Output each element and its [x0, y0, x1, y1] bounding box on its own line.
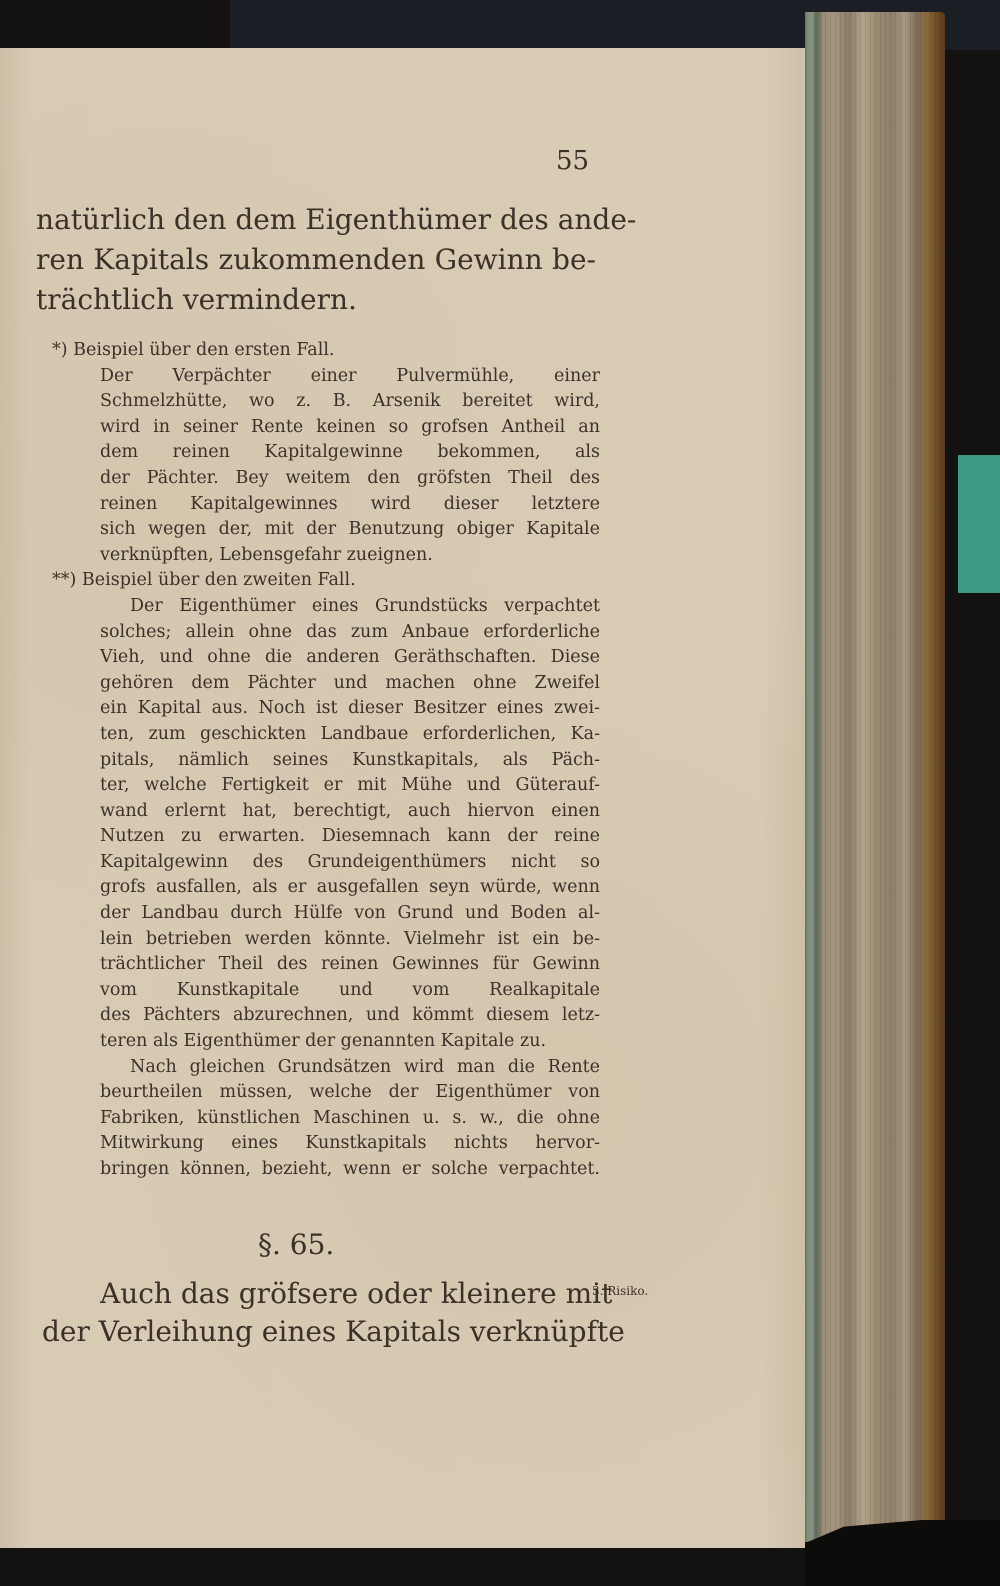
footnote-marker: **) — [52, 570, 76, 590]
text-line: pitals, nämlich seines Kunstkapitals, al… — [52, 748, 600, 774]
text-line: der Pächter. Bey weitem den gröfsten The… — [52, 466, 600, 492]
section-paragraph: Auch das gröfsere oder kleinere mit der … — [42, 1275, 602, 1351]
text-line: Der Verpächter einer Pulvermühle, einer — [52, 364, 600, 390]
text-line: wird in seiner Rente keinen so grofsen A… — [52, 415, 600, 441]
text-line: Fabriken, künstlichen Maschinen u. s. w.… — [52, 1106, 600, 1132]
text-line: der Landbau durch Hülfe von Grund und Bo… — [52, 901, 600, 927]
text-line: bringen können, bezieht, wenn er solche … — [52, 1157, 600, 1183]
text-line: lein betrieben werden könnte. Vielmehr i… — [52, 927, 600, 953]
text-line: Nutzen zu erwarten. Diesemnach kann der … — [52, 824, 600, 850]
text-line: verknüpften, Lebensgefahr zueignen. — [52, 543, 600, 569]
page-number: 55 — [556, 146, 589, 176]
text-line: ein Kapital aus. Noch ist dieser Besitze… — [52, 696, 600, 722]
text-line: teren als Eigenthümer der genannten Kapi… — [52, 1029, 600, 1055]
text-line: Schmelzhütte, wo z. B. Arsenik bereitet … — [52, 389, 600, 415]
text-line: sich wegen der, mit der Benutzung obiger… — [52, 517, 600, 543]
text-line: trächtlicher Theil des reinen Gewinnes f… — [52, 952, 600, 978]
text-line: vom Kunstkapitale und vom Realkapitale — [52, 978, 600, 1004]
text-line: trächtlich vermindern. — [36, 280, 596, 320]
section-number: §. 65. — [258, 1228, 334, 1261]
text-line: der Verleihung eines Kapitals verknüpfte — [42, 1313, 602, 1351]
text-line: ren Kapitals zukommenden Gewinn be- — [36, 240, 596, 280]
text-line: Kapitalgewinn des Grundeigenthümers nich… — [52, 850, 600, 876]
text-line: Auch das gröfsere oder kleinere mit — [42, 1275, 602, 1313]
text-line: beurtheilen müssen, welche der Eigenthüm… — [52, 1080, 600, 1106]
text-line: Vieh, und ohne die anderen Geräthschafte… — [52, 645, 600, 671]
text-line: des Pächters abzurechnen, und kömmt dies… — [52, 1003, 600, 1029]
text-line: Nach gleichen Grundsätzen wird man die R… — [52, 1055, 600, 1081]
book-page-edges — [805, 12, 945, 1542]
text-line: solches; allein ohne das zum Anbaue erfo… — [52, 620, 600, 646]
footnote-title: Beispiel über den ersten Fall. — [73, 340, 334, 360]
footnotes: *) Beispiel über den ersten Fall. Der Ve… — [52, 338, 600, 1183]
footnote-marker: *) — [52, 340, 68, 360]
text-line: reinen Kapitalgewinnes wird dieser letzt… — [52, 492, 600, 518]
text-line: Der Eigenthümer eines Grundstücks verpac… — [52, 594, 600, 620]
text-line: ter, welche Fertigkeit er mit Mühe und G… — [52, 773, 600, 799]
color-tab — [958, 455, 1000, 593]
book-page: 55 natürlich den dem Eigenthümer des and… — [0, 48, 805, 1548]
main-paragraph: natürlich den dem Eigenthümer des ande- … — [36, 200, 596, 320]
footnote-title: Beispiel über den zweiten Fall. — [82, 570, 356, 590]
text-line: Mitwirkung eines Kunstkapitals nichts he… — [52, 1131, 600, 1157]
footnote-heading: **) Beispiel über den zweiten Fall. — [52, 568, 600, 594]
text-line: wand erlernt hat, berechtigt, auch hierv… — [52, 799, 600, 825]
text-line: gehören dem Pächter und machen ohne Zwei… — [52, 671, 600, 697]
text-line: natürlich den dem Eigenthümer des ande- — [36, 200, 596, 240]
text-line: grofs ausfallen, als er ausgefallen seyn… — [52, 875, 600, 901]
text-line: ten, zum geschickten Landbaue erforderli… — [52, 722, 600, 748]
margin-note: 3. Risiko. — [592, 1284, 648, 1298]
footnote-heading: *) Beispiel über den ersten Fall. — [52, 338, 600, 364]
text-line: dem reinen Kapitalgewinne bekommen, als — [52, 440, 600, 466]
